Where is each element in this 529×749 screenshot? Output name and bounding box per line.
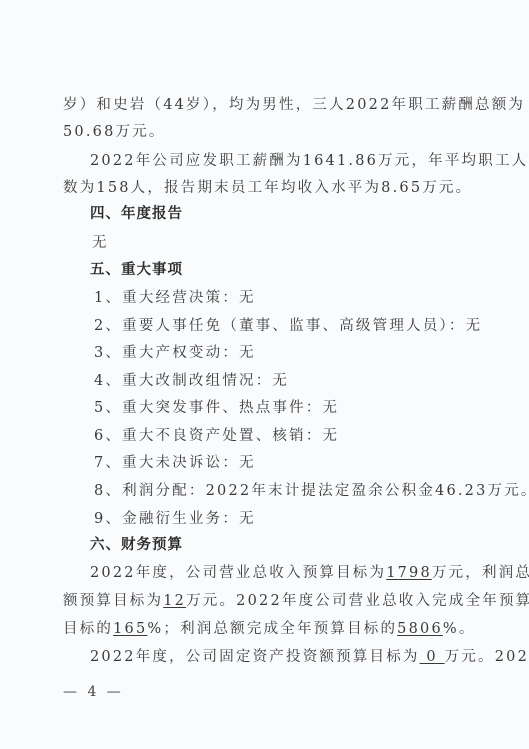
list-item: 9、金融衍生业务：无	[94, 510, 256, 528]
section-heading-major-matters: 五、重大事项	[90, 261, 183, 279]
section-heading-annual-report: 四、年度报告	[90, 205, 183, 223]
paragraph-line: 2022年度，公司固定资产投资额预算目标为 0 万元。2022	[90, 648, 529, 666]
paragraph-line: 额预算目标为12万元。2022年度公司营业总收入完成全年预算	[63, 592, 529, 610]
text: 万元，利润总	[432, 565, 529, 581]
list-item: 1、重大经营决策：无	[94, 289, 256, 307]
revenue-target-value: 1798	[386, 565, 432, 581]
paragraph-line: 目标的165%；利润总额完成全年预算目标的5806%。	[63, 620, 476, 638]
profit-completion-value: 5806	[397, 621, 443, 637]
list-item: 8、利润分配：2022年末计提法定盈余公积金46.23万元。	[94, 482, 529, 500]
list-item: 4、重大改制改组情况：无	[94, 372, 289, 390]
section-body: 无	[92, 234, 109, 252]
fixed-asset-target-value: 0	[420, 649, 445, 665]
paragraph-line: 2022年度，公司营业总收入预算目标为1798万元，利润总	[90, 564, 529, 582]
text: 万元。2022年度公司营业总收入完成全年预算	[186, 593, 529, 609]
paragraph-line: 岁）和史岩（44岁），均为男性，三人2022年职工薪酬总额为	[63, 96, 525, 114]
list-item: 5、重大突发事件、热点事件：无	[94, 399, 339, 417]
text: 2022年度，公司营业总收入预算目标为	[90, 565, 386, 581]
page-number: — 4 —	[63, 684, 124, 700]
text: %。	[443, 621, 476, 637]
list-item: 6、重大不良资产处置、核销：无	[94, 427, 339, 445]
profit-target-value: 12	[163, 593, 186, 609]
text: %；利润总额完成全年预算目标的	[147, 621, 397, 637]
paragraph-line: 2022年公司应发职工薪酬为1641.86万元，年平均职工人	[90, 152, 528, 170]
section-heading-financial-budget: 六、财务预算	[90, 536, 183, 554]
text: 2022年度，公司固定资产投资额预算目标为	[90, 649, 420, 665]
text: 额预算目标为	[63, 593, 163, 609]
list-item: 3、重大产权变动：无	[94, 344, 256, 362]
text: 万元。2022	[445, 649, 529, 665]
paragraph-line: 50.68万元。	[63, 123, 166, 141]
revenue-completion-value: 165	[113, 621, 147, 637]
list-item: 2、重要人事任免（董事、监事、高级管理人员）：无	[94, 317, 482, 335]
paragraph-line: 数为158人，报告期末员工年均收入水平为8.65万元。	[63, 179, 472, 197]
list-item: 7、重大未决诉讼：无	[94, 454, 256, 472]
text: 目标的	[63, 621, 113, 637]
